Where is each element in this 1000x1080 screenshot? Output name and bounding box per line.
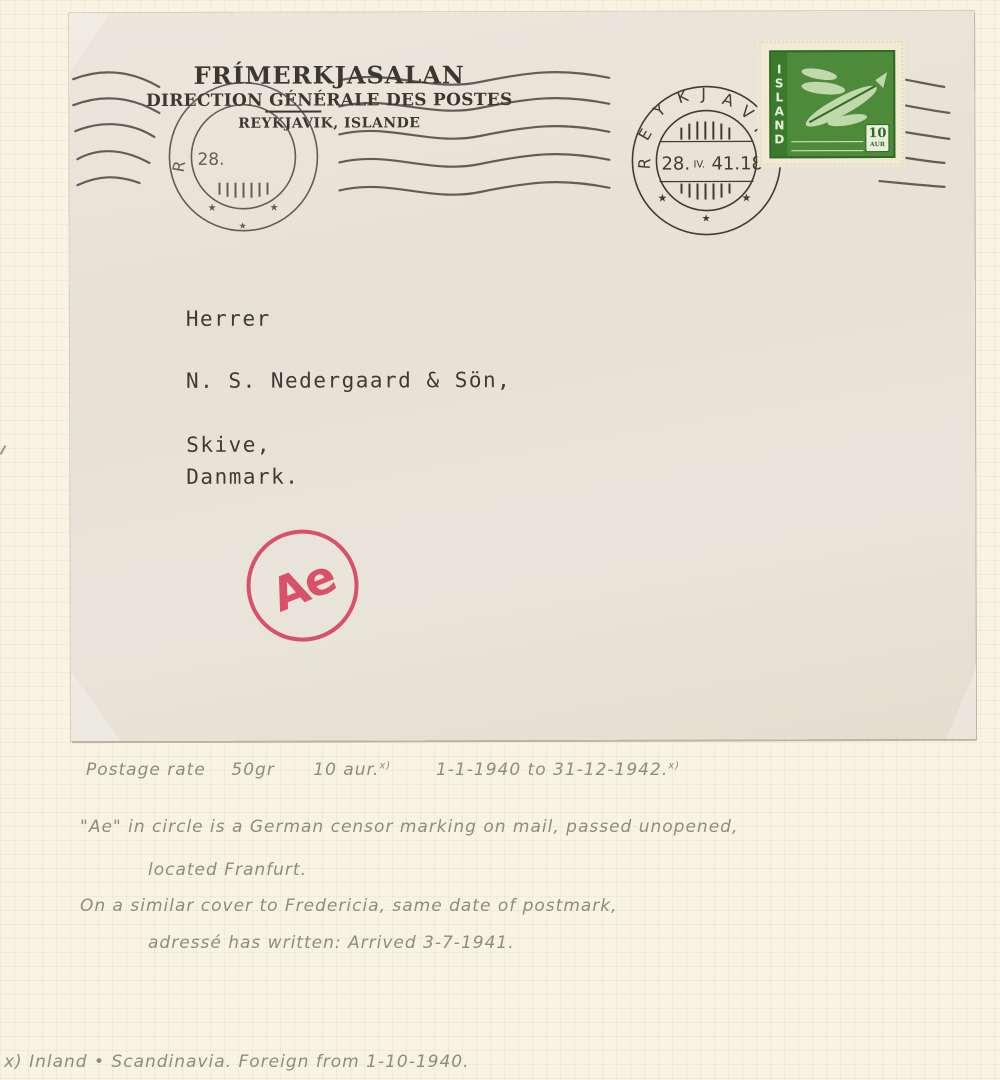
svg-text:V: V (737, 102, 757, 124)
svg-text:R: R (635, 157, 655, 170)
svg-text:★: ★ (742, 191, 752, 204)
svg-text:★: ★ (270, 203, 279, 214)
svg-text:J: J (700, 85, 706, 104)
stamp-country-label: ISLAND (771, 52, 787, 156)
postage-stamp: ISLAND 10 AUR (759, 41, 903, 165)
envelope-fold (71, 671, 121, 741)
pencil-mark (0, 445, 6, 455)
address-city: Skive, (186, 433, 271, 457)
svg-text:★: ★ (658, 192, 668, 205)
note-footnote: x) Inland • Scandinavia. Foreign from 1-… (4, 1052, 470, 1072)
note-censor-line-1: "Ae" in circle is a German censor markin… (80, 817, 738, 837)
address-recipient: N. S. Nedergaard & Sön, (186, 368, 511, 393)
svg-text:A: A (720, 89, 736, 110)
censor-marking: Ae (246, 529, 358, 641)
note-similar-line-2: adressé has written: Arrived 3-7-1941. (148, 933, 515, 953)
svg-text:IV.: IV. (693, 160, 705, 171)
svg-text:★: ★ (702, 214, 711, 225)
address-salutation: Herrer (186, 307, 271, 331)
note-similar-line-1: On a similar cover to Fredericia, same d… (80, 896, 618, 916)
stamp-chain-border (791, 141, 863, 151)
svg-text:★: ★ (239, 222, 247, 232)
stamp-value: 10 AUR (865, 124, 889, 152)
censor-mark-text: Ae (263, 549, 342, 623)
svg-text:E: E (634, 125, 656, 143)
stamp-design: ISLAND 10 AUR (769, 50, 895, 158)
svg-text:R: R (169, 159, 190, 173)
note-postage-rate: Postage rate 50gr 10 aur.x) 1-1-1940 to … (86, 760, 680, 780)
svg-text:28.: 28. (661, 154, 690, 175)
svg-text:28.: 28. (197, 150, 224, 170)
address-country: Danmark. (186, 465, 299, 489)
envelope-fold (946, 669, 976, 739)
svg-text:41.18: 41.18 (711, 153, 763, 174)
envelope-fold (69, 13, 109, 73)
svg-text:★: ★ (208, 203, 217, 214)
note-censor-line-2: located Franfurt. (148, 860, 307, 880)
envelope-cover: FRÍMERKJASALAN DIRECTION GÉNÉRALE DES PO… (69, 11, 976, 741)
postmark-left-icon: 28. R ★ ★ ★ (165, 79, 321, 235)
